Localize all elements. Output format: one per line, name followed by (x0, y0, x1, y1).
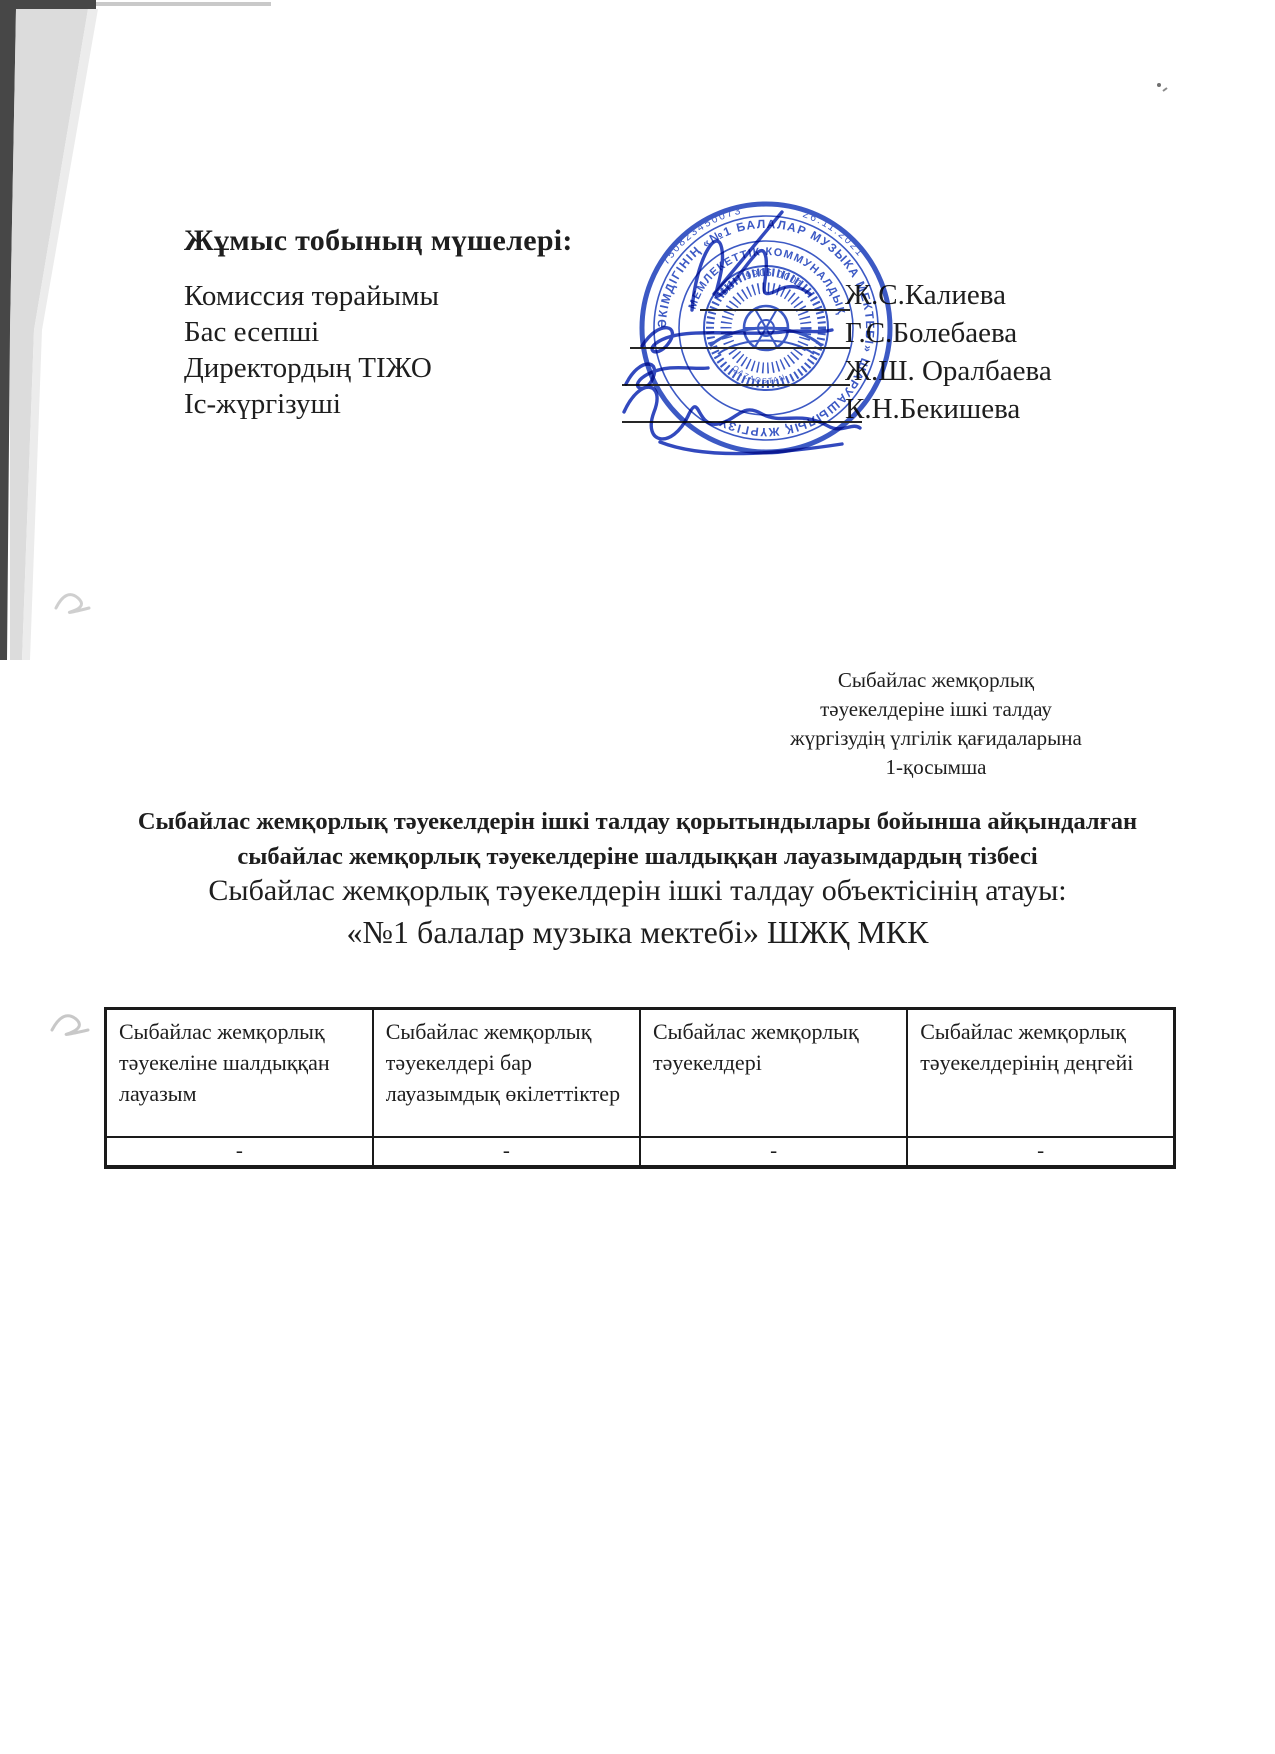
margin-squiggle-mark (46, 996, 98, 1042)
signature-scribble (714, 212, 782, 294)
risk-table-header-cell: Сыбайлас жемқорлық тәуекелдері бар лауаз… (373, 1009, 640, 1138)
signature-scribble (642, 328, 832, 352)
appendix-note: Сыбайлас жемқорлық тәуекелдеріне ішкі та… (756, 666, 1116, 782)
signature-scribble (624, 387, 860, 439)
appendix-note-line: 1-қосымша (756, 753, 1116, 782)
list-title-line: сыбайлас жемқорлық тәуекелдеріне шалдыққ… (85, 839, 1190, 874)
risk-table-header-cell: Сыбайлас жемқорлық тәуекелдерінің деңгей… (907, 1009, 1174, 1138)
margin-squiggle-mark (50, 576, 100, 620)
appendix-note-line: жүргізудің үлгілік қағидаларына (756, 724, 1116, 753)
risk-table-cell: - (373, 1137, 640, 1167)
risk-table-header-row: Сыбайлас жемқорлық тәуекеліне шалдыққан … (106, 1009, 1175, 1138)
risk-table-header-cell: Сыбайлас жемқорлық тәуекеліне шалдыққан … (106, 1009, 373, 1138)
risk-table: Сыбайлас жемқорлық тәуекеліне шалдыққан … (104, 1007, 1176, 1169)
appendix-note-line: тәуекелдеріне ішкі талдау (756, 695, 1116, 724)
signature-scribble (660, 442, 842, 454)
appendix-note-line: Сыбайлас жемқорлық (756, 666, 1116, 695)
object-title: Сыбайлас жемқорлық тәуекелдерін ішкі тал… (85, 872, 1190, 954)
scan-edge-artifact (0, 0, 280, 660)
list-title-line: Сыбайлас жемқорлық тәуекелдерін ішкі тал… (85, 804, 1190, 839)
object-name: «№1 балалар музыка мектебі» ШЖҚ МКК (85, 910, 1190, 954)
risk-table-header-cell: Сыбайлас жемқорлық тәуекелдері (640, 1009, 907, 1138)
scan-speck (1152, 78, 1174, 100)
signature-scribble (626, 364, 708, 388)
risk-table-cell: - (106, 1137, 373, 1167)
risk-table-row: - - - - (106, 1137, 1175, 1167)
list-title: Сыбайлас жемқорлық тәуекелдерін ішкі тал… (85, 804, 1190, 874)
scanned-document-page: Жұмыс тобының мүшелері: Комиссия төрайым… (0, 0, 1275, 1754)
risk-table-cell: - (640, 1137, 907, 1167)
risk-table-cell: - (907, 1137, 1174, 1167)
scan-edge-top-strip (0, 0, 96, 9)
signature-scribbles (596, 198, 916, 464)
scan-edge-top-faint-line (96, 2, 271, 6)
object-title-line: Сыбайлас жемқорлық тәуекелдерін ішкі тал… (85, 872, 1190, 910)
